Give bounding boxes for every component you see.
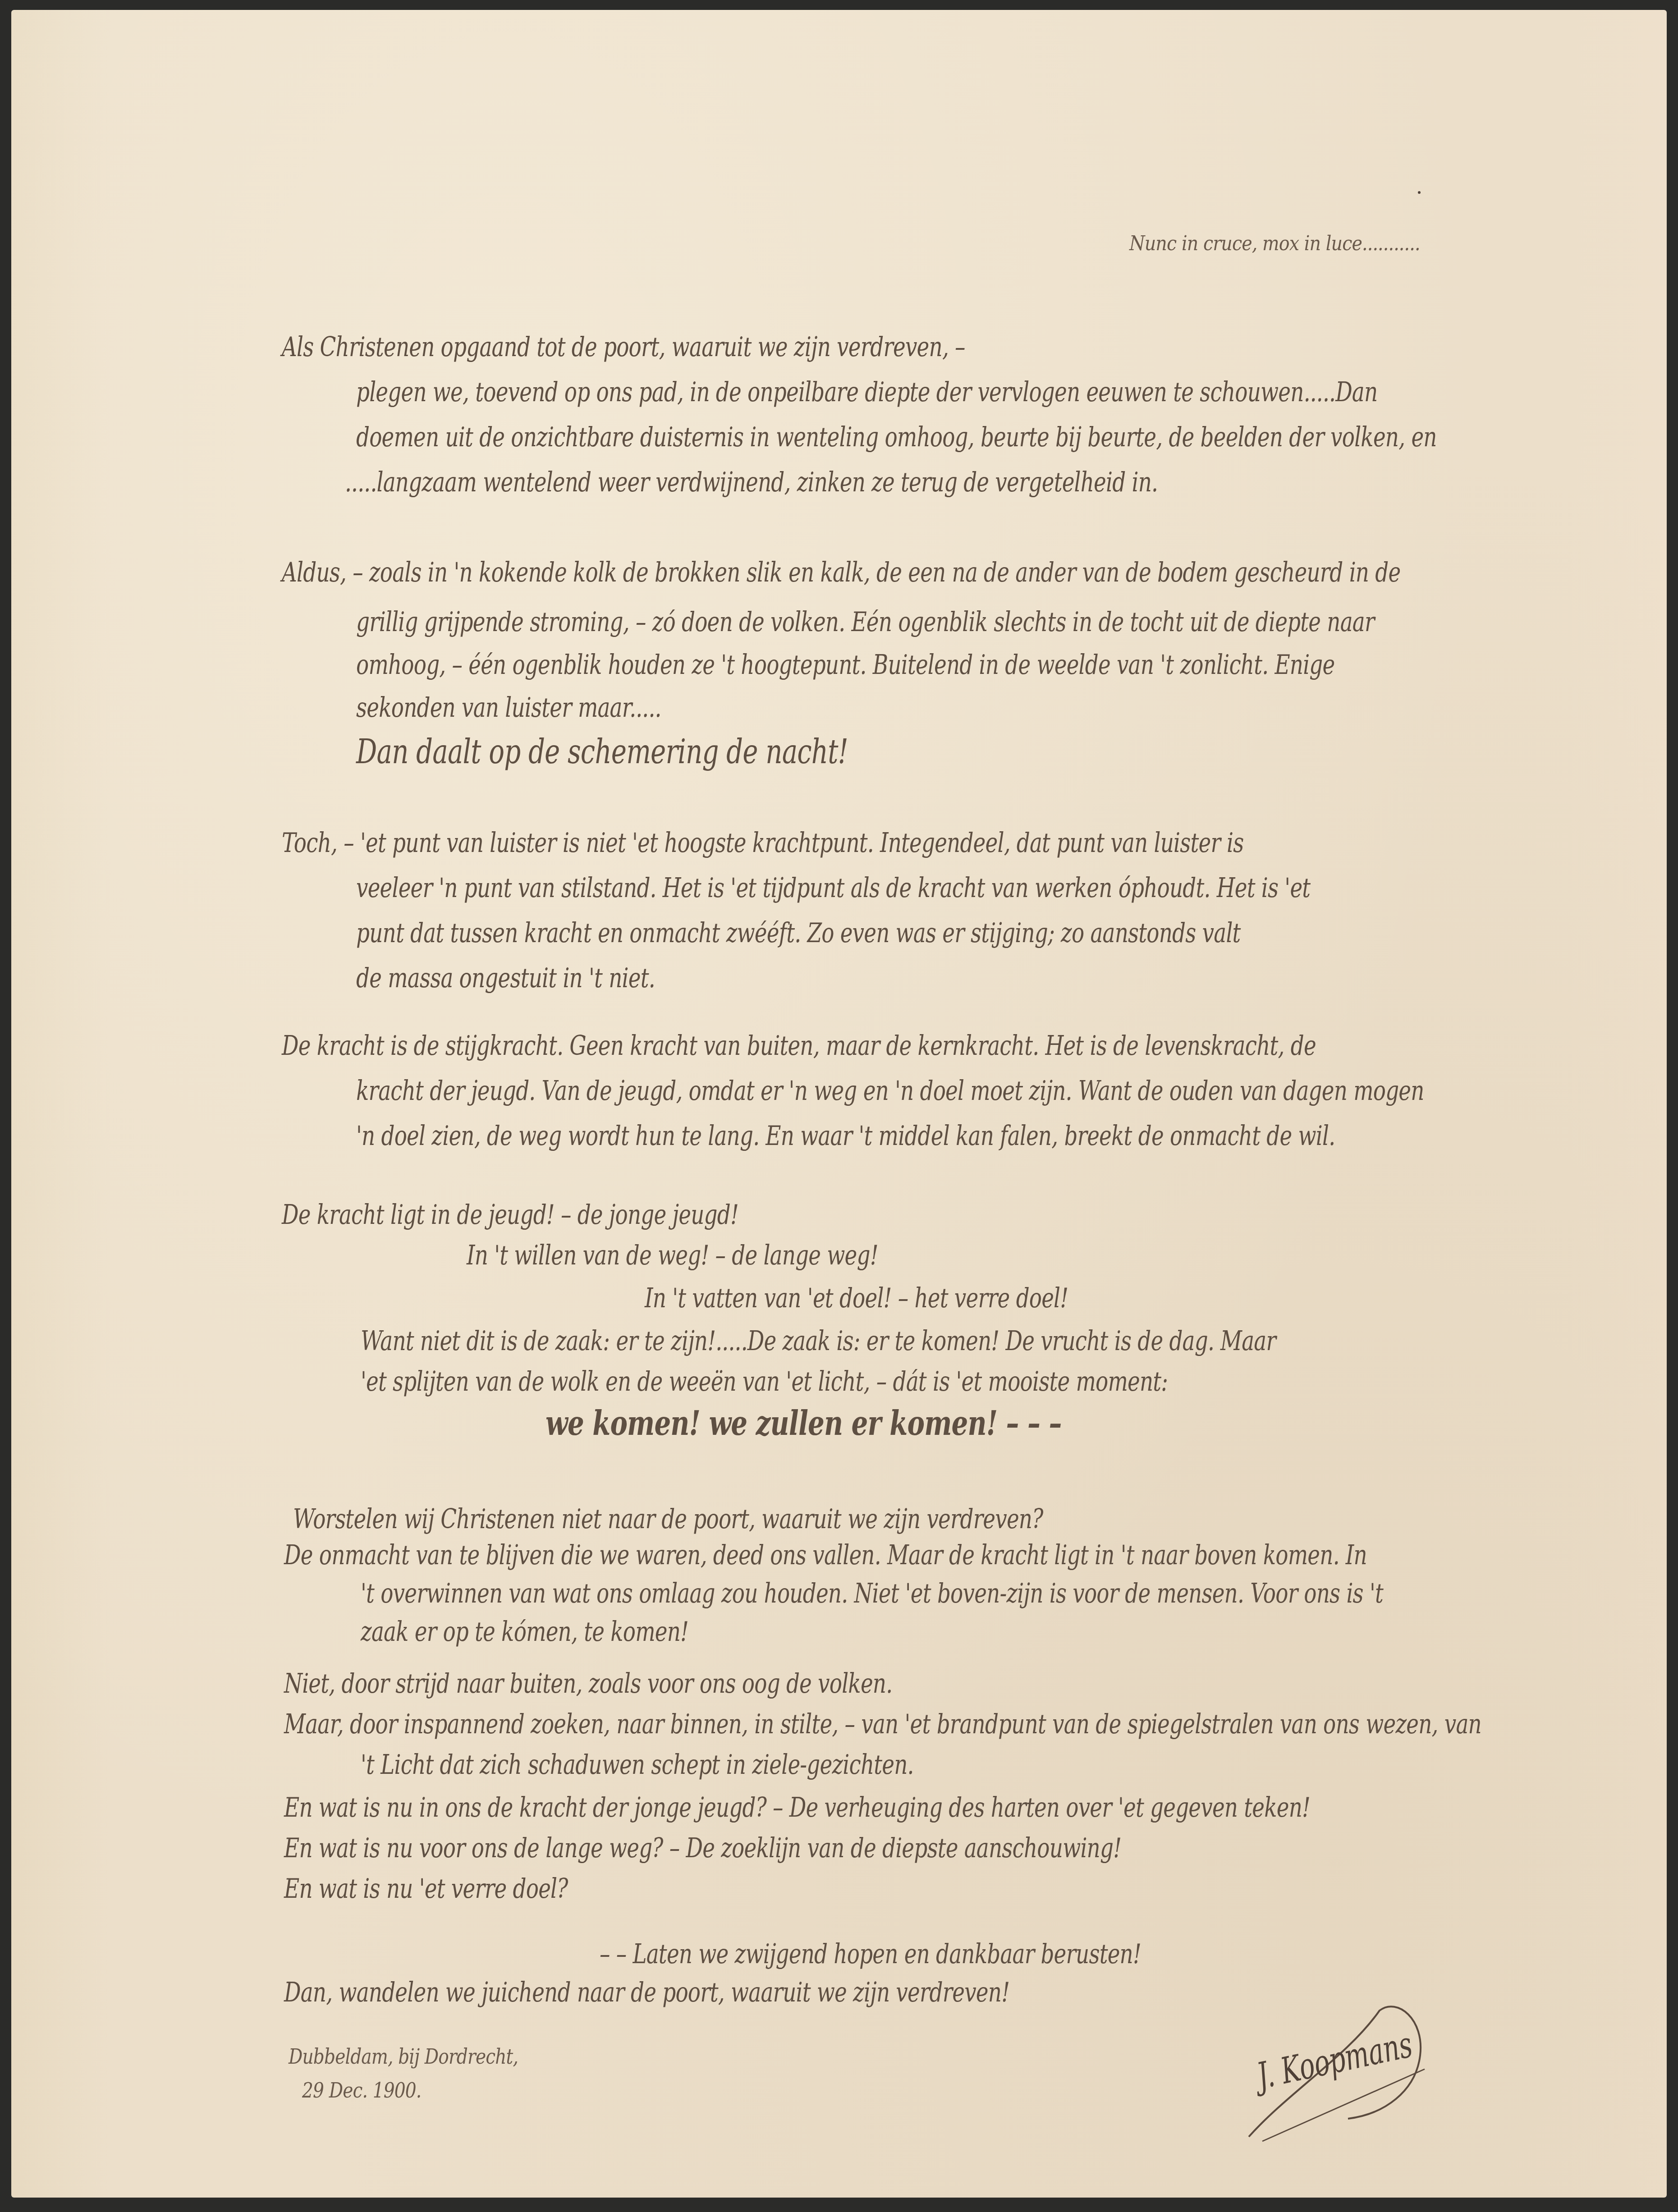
place-line: Dubbeldam, bij Dordrecht, xyxy=(289,2044,518,2069)
text-line: Worstelen wij Christenen niet naar de po… xyxy=(293,1503,1043,1535)
text-line: Aldus, – zoals in 'n kokende kolk de bro… xyxy=(282,557,1400,588)
text-line: Dan, wandelen we juichend naar de poort,… xyxy=(284,1977,1009,2008)
text-line: De onmacht van te blijven die we waren, … xyxy=(284,1539,1367,1571)
text-line: zaak er op te kómen, te komen! xyxy=(361,1616,688,1648)
text-line: 't overwinnen van wat ons omlaag zou hou… xyxy=(361,1578,1383,1609)
text-line: Als Christenen opgaand tot de poort, waa… xyxy=(282,331,965,363)
date-line: 29 Dec. 1900. xyxy=(302,2078,421,2102)
text-line: plegen we, toevend op ons pad, in de onp… xyxy=(356,376,1377,408)
text-line: .....langzaam wentelend weer verdwijnend… xyxy=(345,467,1158,498)
ink-dot xyxy=(1418,191,1421,194)
text-line: sekonden van luister maar..... xyxy=(356,692,661,724)
text-line: kracht der jeugd. Van de jeugd, omdat er… xyxy=(356,1075,1424,1107)
text-line: Dan daalt op de schemering de nacht! xyxy=(356,733,848,771)
text-line: In 't willen van de weg! – de lange weg! xyxy=(467,1240,878,1271)
text-line: veeleer 'n punt van stilstand. Het is 'e… xyxy=(356,872,1310,904)
text-line: doemen uit de onzichtbare duisternis in … xyxy=(356,421,1437,453)
motto: Nunc in cruce, mox in luce........... xyxy=(1129,232,1420,255)
text-line: 'n doel zien, de weg wordt hun te lang. … xyxy=(356,1120,1335,1152)
text-line: De kracht ligt in de jeugd! – de jonge j… xyxy=(282,1199,738,1231)
text-line: we komen! we zullen er komen! – – – xyxy=(546,1404,1061,1443)
text-line: de massa ongestuit in 't niet. xyxy=(356,962,655,994)
text-line: punt dat tussen kracht en onmacht zwééft… xyxy=(356,917,1241,949)
text-line: Want niet dit is de zaak: er te zijn!...… xyxy=(361,1325,1276,1357)
text-line: 't Licht dat zich schaduwen schept in zi… xyxy=(361,1749,914,1781)
text-line: In 't vatten van 'et doel! – het verre d… xyxy=(645,1282,1068,1314)
text-line: 'et splijten van de wolk en de weeën van… xyxy=(361,1366,1168,1397)
text-line: omhoog, – één ogenblik houden ze 't hoog… xyxy=(356,649,1334,681)
text-line: Niet, door strijd naar buiten, zoals voo… xyxy=(284,1668,892,1699)
text-line: En wat is nu 'et verre doel? xyxy=(284,1873,568,1905)
text-line: En wat is nu voor ons de lange weg? – De… xyxy=(284,1832,1121,1864)
text-line: En wat is nu in ons de kracht der jonge … xyxy=(284,1792,1310,1823)
text-line: Maar, door inspannend zoeken, naar binne… xyxy=(284,1708,1481,1740)
text-line: grillig grijpende stroming, – zó doen de… xyxy=(356,606,1374,638)
text-line: Toch, – 'et punt van luister is niet 'et… xyxy=(282,827,1244,859)
text-line: De kracht is de stijgkracht. Geen kracht… xyxy=(282,1030,1316,1062)
text-line: – – Laten we zwijgend hopen en dankbaar … xyxy=(600,1938,1141,1970)
